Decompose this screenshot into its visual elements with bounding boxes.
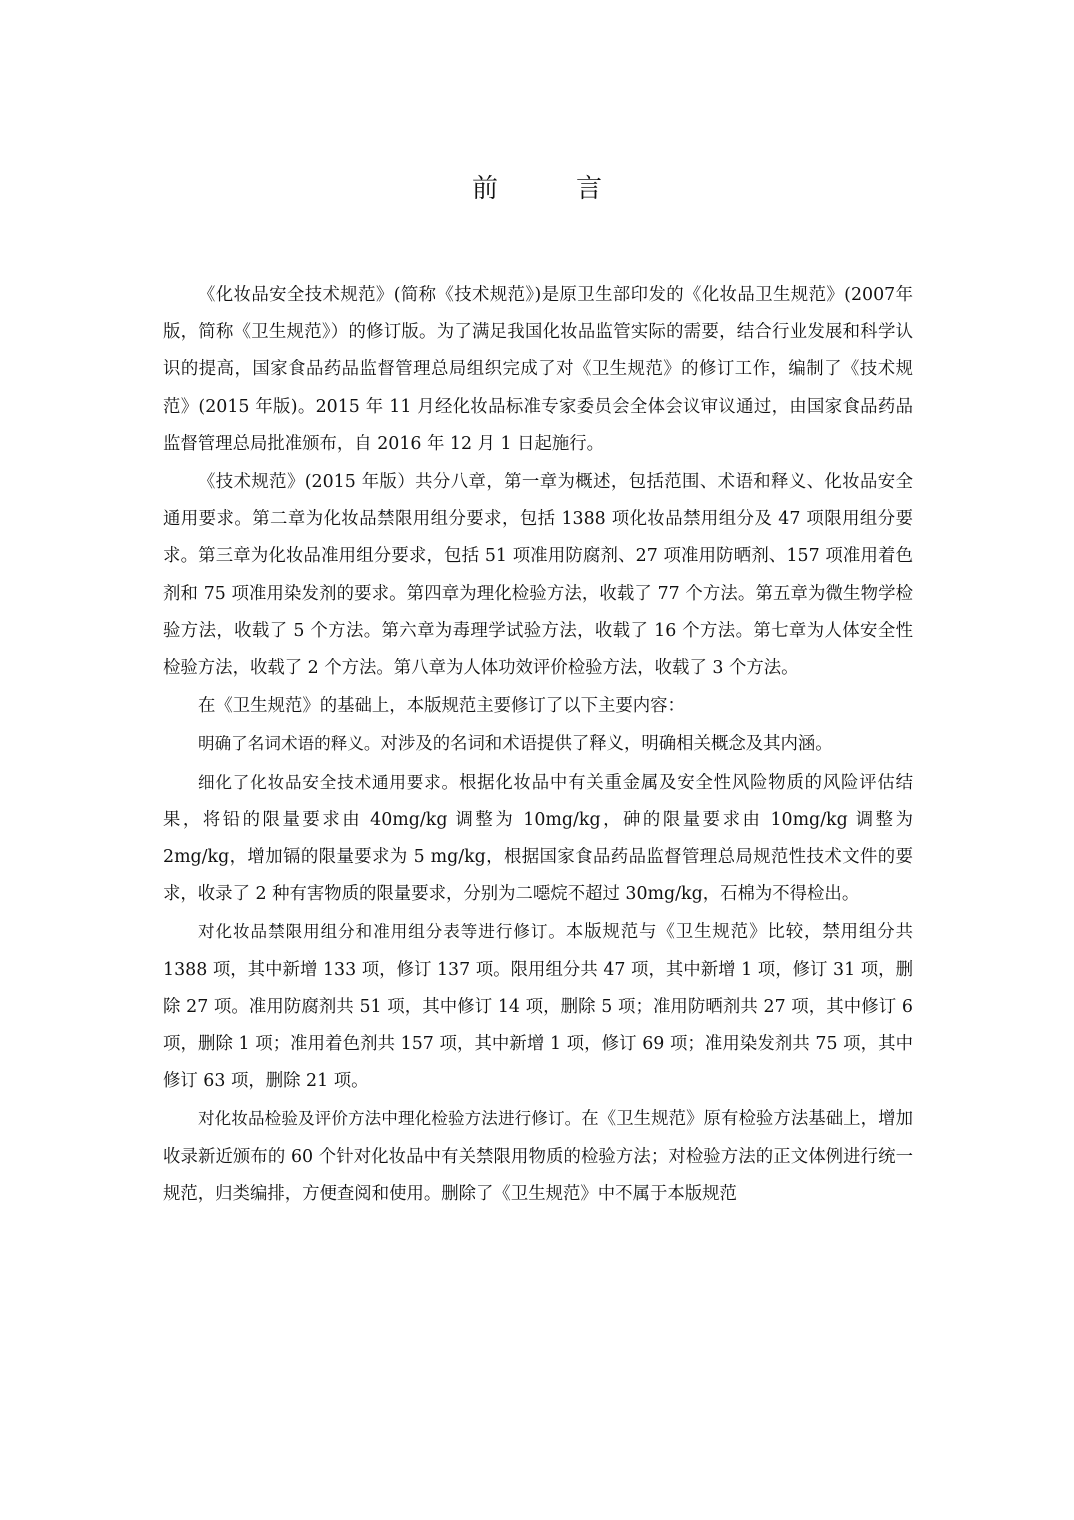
- paragraph-lead: 对化妆品禁限用组分和准用组分表等进行修订。: [198, 922, 566, 941]
- paragraph-chapters: 《技术规范》(2015 年版）共分八章，第一章为概述，包括范围、术语和释义、化妆…: [163, 463, 913, 687]
- paragraph-terms: 明确了名词术语的释义。对涉及的名词和术语提供了释义，明确相关概念及其内涵。: [163, 725, 913, 763]
- paragraph-text: 根据化妆品中有关重金属及安全性风险物质的风险评估结果，将铅的限量要求由 40mg…: [163, 773, 913, 905]
- paragraph-safety-requirements: 细化了化妆品安全技术通用要求。根据化妆品中有关重金属及安全性风险物质的风险评估结…: [163, 764, 913, 914]
- paragraph-text: 对涉及的名词和术语提供了释义，明确相关概念及其内涵。: [381, 734, 833, 754]
- paragraph-text: 在《卫生规范》的基础上，本版规范主要修订了以下主要内容：: [198, 696, 685, 716]
- paragraph-text: 本版规范与《卫生规范》比较，禁用组分共 1388 项，其中新增 133 项，修订…: [163, 922, 913, 1091]
- paragraph-lead: 对化妆品检验及评价方法中理化检验方法进行修订。: [198, 1109, 581, 1128]
- paragraph-lead: 明确了名词术语的释义。: [198, 734, 381, 753]
- document-body: 《化妆品安全技术规范》(简称《技术规范》)是原卫生部印发的《化妆品卫生规范》(2…: [163, 276, 913, 1213]
- page-title: 前 言: [0, 168, 1074, 205]
- paragraph-test-methods: 对化妆品检验及评价方法中理化检验方法进行修订。在《卫生规范》原有检验方法基础上，…: [163, 1100, 913, 1213]
- paragraph-intro: 《化妆品安全技术规范》(简称《技术规范》)是原卫生部印发的《化妆品卫生规范》(2…: [163, 276, 913, 463]
- paragraph-lead: 细化了化妆品安全技术通用要求。: [198, 773, 459, 792]
- paragraph-revisions-intro: 在《卫生规范》的基础上，本版规范主要修订了以下主要内容：: [163, 687, 913, 725]
- document-page: 前 言 《化妆品安全技术规范》(简称《技术规范》)是原卫生部印发的《化妆品卫生规…: [0, 0, 1074, 1520]
- paragraph-text: 《化妆品安全技术规范》(简称《技术规范》)是原卫生部印发的《化妆品卫生规范》(2…: [163, 285, 913, 454]
- paragraph-text: 《技术规范》(2015 年版）共分八章，第一章为概述，包括范围、术语和释义、化妆…: [163, 472, 913, 678]
- paragraph-components: 对化妆品禁限用组分和准用组分表等进行修订。本版规范与《卫生规范》比较，禁用组分共…: [163, 913, 913, 1100]
